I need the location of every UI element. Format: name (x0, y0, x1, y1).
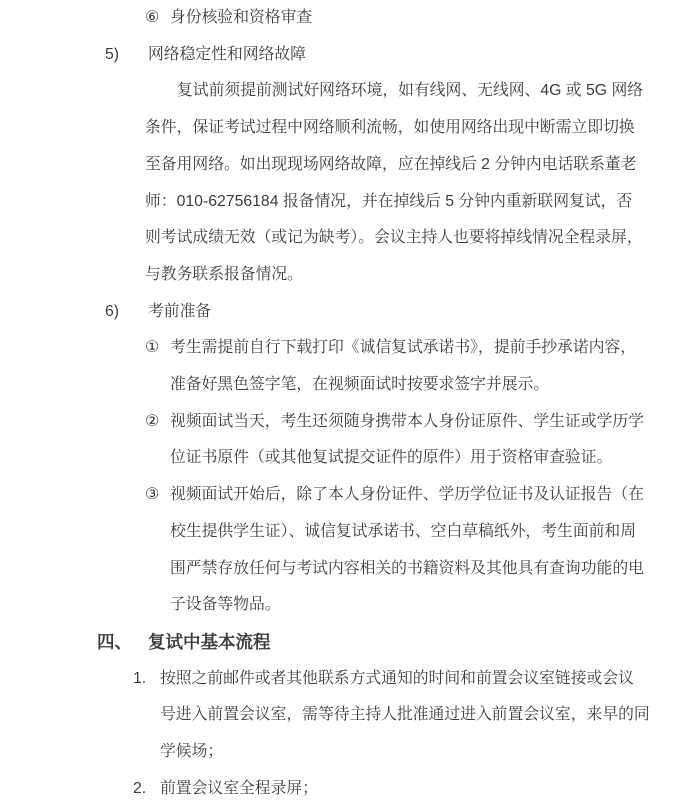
section-6-heading: 6)考前准备 (105, 294, 700, 331)
prep-item-6-marker: ⑥ (145, 0, 170, 37)
section-5-title: 网络稳定性和网络故障 (148, 46, 306, 63)
section-5-paragraph: 复试前须提前测试好网络环境，如有线网、无线网、4G 或 5G 网络 条件，保证考… (145, 73, 700, 293)
prep-list-item-3-text: 视频面试开始后，除了本人身份证件、学历学位证书及认证报告（在 校生提供学生证）、… (170, 477, 700, 624)
chapter-4-heading: 四、复试中基本流程 (97, 624, 700, 661)
process-step-1-number: 1. (133, 661, 146, 698)
process-step-2-number: 2. (133, 771, 146, 801)
section-6-number: 6) (105, 294, 148, 331)
section-5-heading: 5)网络稳定性和网络故障 (105, 37, 700, 74)
process-step-1: 1. 按照之前邮件或者其他联系方式通知的时间和前置会议室链接或会议 号进入前置会… (133, 661, 700, 771)
document-page: ⑥身份核验和资格审查 5)网络稳定性和网络故障 复试前须提前测试好网络环境，如有… (0, 0, 700, 801)
prep-list-item-2-marker: ② (145, 404, 159, 441)
prep-list-item-1: ① 考生需提前自行下载打印《诚信复试承诺书》，提前手抄承诺内容， 准备好黑色签字… (145, 330, 700, 403)
prep-item-6: ⑥身份核验和资格审查 (145, 0, 700, 37)
section-5-number: 5) (105, 37, 148, 74)
prep-list-item-2-text: 视频面试当天，考生还须随身携带本人身份证原件、学生证或学历学 位证书原件（或其他… (170, 404, 700, 477)
prep-list-item-1-marker: ① (145, 330, 159, 367)
prep-list-item-2: ② 视频面试当天，考生还须随身携带本人身份证原件、学生证或学历学 位证书原件（或… (145, 404, 700, 477)
section-6-title: 考前准备 (148, 303, 211, 320)
chapter-4-number: 四、 (97, 624, 148, 661)
process-step-1-text: 按照之前邮件或者其他联系方式通知的时间和前置会议室链接或会议 号进入前置会议室，… (160, 661, 700, 771)
process-step-2-text: 前置会议室全程录屏； (160, 771, 700, 801)
process-step-2: 2. 前置会议室全程录屏； (133, 771, 700, 801)
prep-item-6-text: 身份核验和资格审查 (170, 9, 312, 26)
prep-list-item-1-text: 考生需提前自行下载打印《诚信复试承诺书》，提前手抄承诺内容， 准备好黑色签字笔，… (170, 330, 700, 403)
chapter-4-title: 复试中基本流程 (148, 632, 271, 652)
prep-list-item-3: ③ 视频面试开始后，除了本人身份证件、学历学位证书及认证报告（在 校生提供学生证… (145, 477, 700, 624)
prep-list-item-3-marker: ③ (145, 477, 159, 514)
